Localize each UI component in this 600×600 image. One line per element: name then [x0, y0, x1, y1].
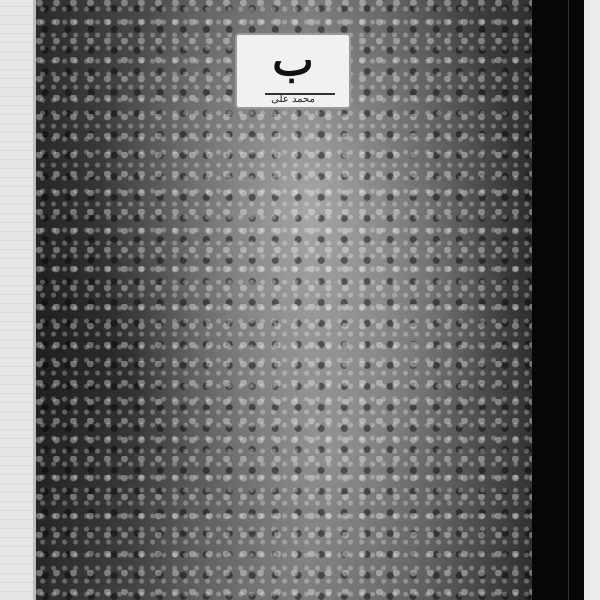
label-subtext: محمد علی	[237, 93, 349, 107]
cover-label: ب محمد علی	[235, 33, 351, 109]
label-letter: ب	[237, 31, 349, 91]
book-spine	[532, 0, 584, 600]
spine-crease	[568, 0, 569, 600]
page-edge	[584, 0, 600, 600]
